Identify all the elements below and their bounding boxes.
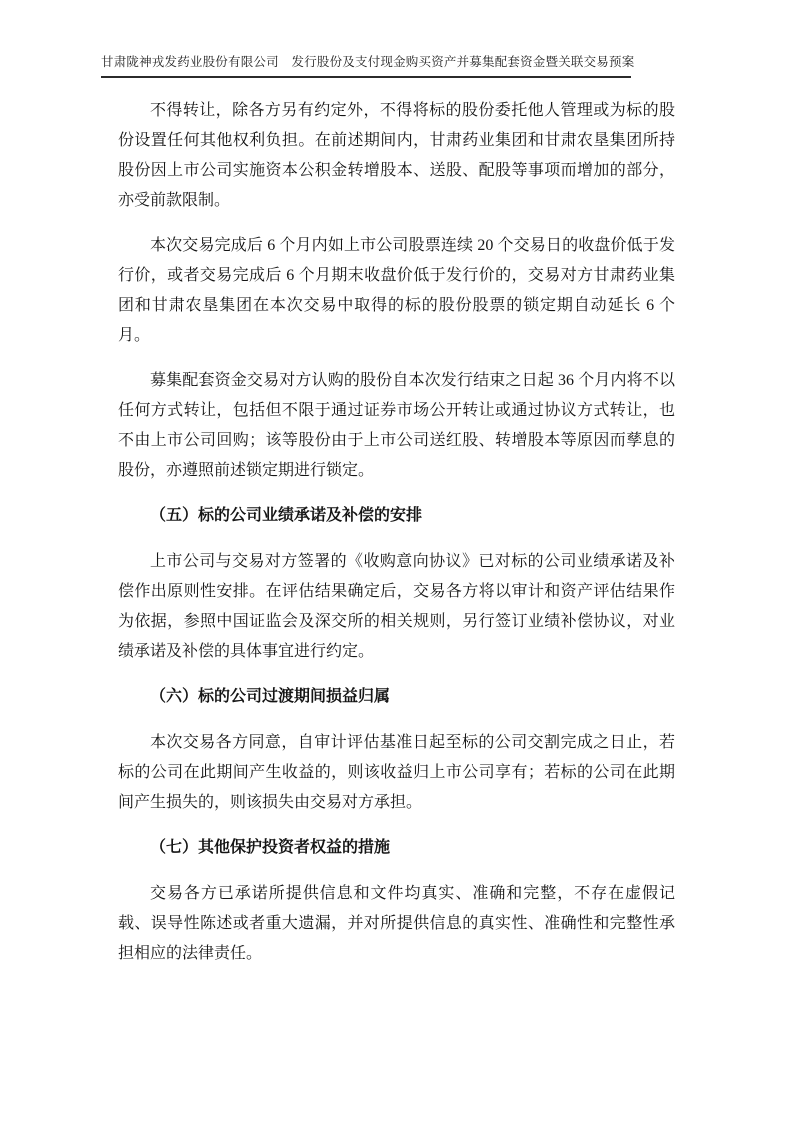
section-heading-6-transition-period: （六）标的公司过渡期间损益归属 (118, 682, 675, 712)
document-page: 甘肃陇神戎发药业股份有限公司 发行股份及支付现金购买资产并募集配套资金暨关联交易… (0, 0, 793, 1122)
paragraph-investor-protection-detail: 交易各方已承诺所提供信息和文件均真实、准确和完整，不存在虚假记载、误导性陈述或者… (118, 879, 675, 969)
paragraph-lockup-extension: 本次交易完成后 6 个月内如上市公司股票连续 20 个交易日的收盘价低于发行价，… (118, 231, 675, 351)
section-heading-5-performance-commitment: （五）标的公司业绩承诺及补偿的安排 (118, 501, 675, 531)
paragraph-supporting-funds-lockup: 募集配套资金交易对方认购的股份自本次发行结束之日起 36 个月内将不以任何方式转… (118, 366, 675, 486)
paragraph-lockup-transfer-restriction: 不得转让，除各方另有约定外，不得将标的股份委托他人管理或为标的股份设置任何其他权… (118, 96, 675, 216)
document-body: 不得转让，除各方另有约定外，不得将标的股份委托他人管理或为标的股份设置任何其他权… (118, 96, 675, 984)
paragraph-transition-period-detail: 本次交易各方同意，自审计评估基准日起至标的公司交割完成之日止，若标的公司在此期间… (118, 728, 675, 818)
section-heading-7-investor-protection: （七）其他保护投资者权益的措施 (118, 833, 675, 863)
running-header: 甘肃陇神戎发药业股份有限公司 发行股份及支付现金购买资产并募集配套资金暨关联交易… (101, 52, 631, 78)
paragraph-performance-commitment-detail: 上市公司与交易对方签署的《收购意向协议》已对标的公司业绩承诺及补偿作出原则性安排… (118, 547, 675, 667)
